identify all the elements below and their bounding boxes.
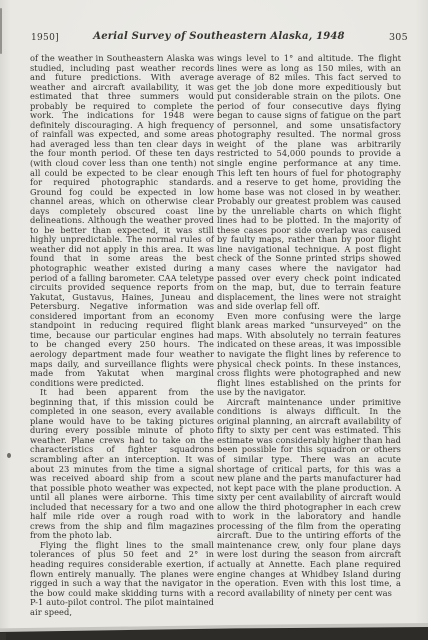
scan-edge-mark (0, 8, 2, 54)
page-corner-chip (0, 633, 6, 640)
paragraph: It had been apparent from the beginning … (30, 388, 214, 541)
page-number: 305 (389, 32, 408, 43)
scanned-journal-page: 1950] Aerial Survey of Southeastern Alas… (0, 0, 428, 640)
paragraph: Aircraft maintenance under primitive con… (217, 398, 401, 598)
scan-speck (7, 453, 11, 458)
paragraph: Even more confusing were the large blank… (217, 312, 401, 398)
running-head: 1950] Aerial Survey of Southeastern Alas… (30, 31, 408, 47)
paragraph-continuation: wings level to 1° and altitude. The flig… (217, 54, 401, 312)
issue-date-label: 1950] (31, 33, 59, 43)
page-bottom-edge-shadow (0, 620, 428, 640)
paragraph: Flying the flight lines to the small tol… (30, 541, 214, 617)
right-text-column: wings level to 1° and altitude. The flig… (217, 54, 401, 598)
left-text-column: of the weather in Southeastern Alaska wa… (30, 54, 214, 617)
paragraph-continuation: of the weather in Southeastern Alaska wa… (30, 54, 214, 388)
article-title: Aerial Survey of Southeastern Alaska, 19… (90, 31, 348, 42)
